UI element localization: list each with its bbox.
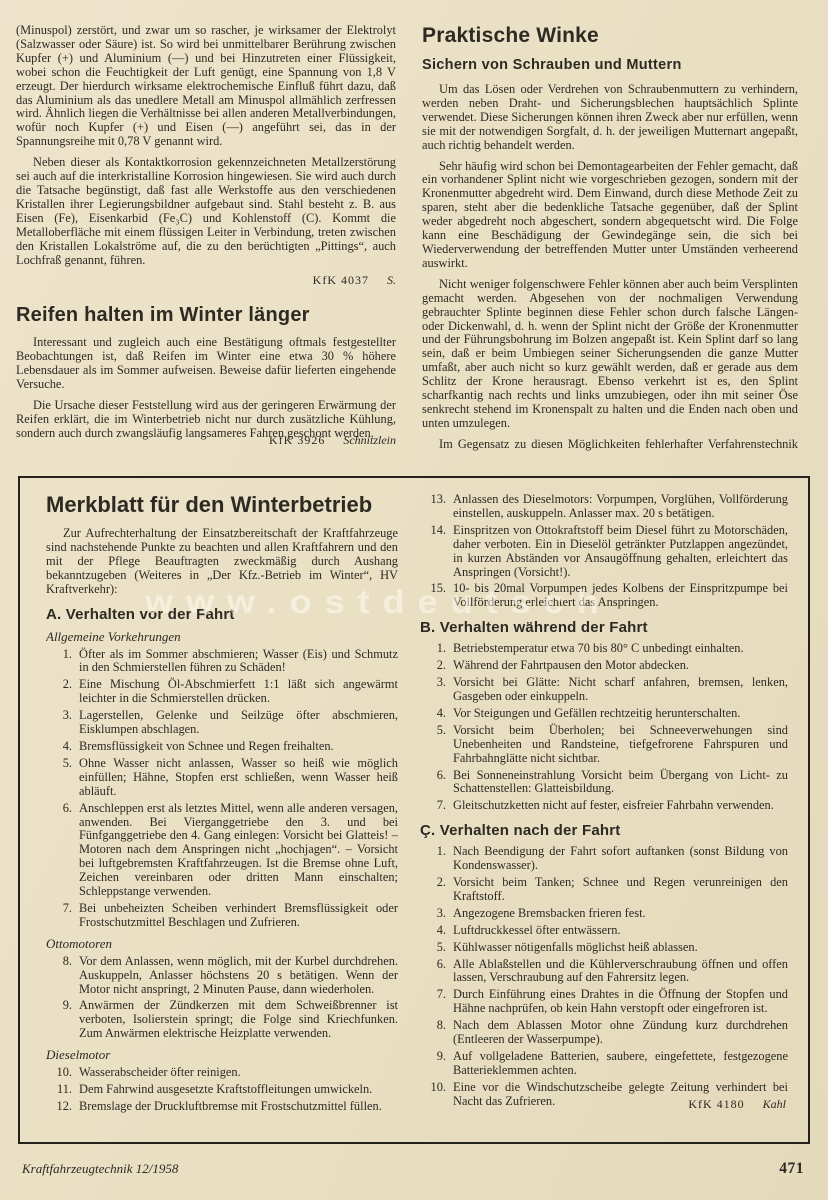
subheading-dieselmotor: Dieselmotor	[46, 1047, 398, 1062]
item-text: Kühlwasser nötigenfalls möglichst heiß a…	[453, 941, 788, 955]
list-item: 4. Vor Steigungen und Gefällen rechtzeit…	[420, 707, 788, 721]
item-text: Bremsflüssigkeit von Schnee und Regen fr…	[79, 740, 398, 754]
list-item: 2. Eine Mischung Öl-Abschmierfett 1:1 lä…	[46, 678, 398, 706]
item-number: 6.	[46, 802, 72, 899]
list-item: 15. 10- bis 20mal Vorpumpen jedes Kolben…	[420, 582, 788, 610]
item-number: 1.	[420, 642, 446, 656]
list-a-diesel-right: 13. Anlassen des Dieselmotors: Vorpumpen…	[420, 493, 788, 610]
merkblatt-right-column: 13. Anlassen des Dieselmotors: Vorpumpen…	[420, 490, 788, 1117]
list-item: 6. Bei Sonneneinstrahlung Vorsicht beim …	[420, 769, 788, 797]
item-text: Dem Fahrwind ausgesetzte Kraftstoffleitu…	[79, 1083, 398, 1097]
list-item: 8. Vor dem Anlassen, wenn möglich, mit d…	[46, 955, 398, 997]
item-number: 8.	[46, 955, 72, 997]
list-item: 14. Einspritzen von Ottokraftstoff beim …	[420, 524, 788, 580]
article-subheading-sichern: Sichern von Schrauben und Muttern	[422, 57, 798, 73]
credit-code: KfK 4180	[688, 1097, 744, 1111]
list-item: 13. Anlassen des Dieselmotors: Vorpumpen…	[420, 493, 788, 521]
article-heading-praktische-winke: Praktische Winke	[422, 24, 798, 48]
list-c: 1. Nach Beendigung der Fahrt sofort auft…	[420, 845, 788, 1108]
list-a-diesel-left: 10. Wasserabscheider öfter reinigen. 11.…	[46, 1066, 398, 1114]
page-number: 471	[779, 1160, 804, 1178]
item-text: Bei Sonneneinstrahlung Vorsicht beim Übe…	[453, 769, 788, 797]
item-text: Anwärmen der Zündkerzen mit dem Schweißb…	[79, 999, 398, 1041]
item-text: Vor Steigungen und Gefällen rechtzeitig …	[453, 707, 788, 721]
item-text: Durch Einführung eines Drahtes in die Öf…	[453, 988, 788, 1016]
item-text: Lagerstellen, Gelenke und Seilzüge öfter…	[79, 709, 398, 737]
item-text: Bremslage der Druckluftbremse mit Frosts…	[79, 1100, 398, 1114]
item-text: Anlassen des Dieselmotors: Vorpumpen, Vo…	[453, 493, 788, 521]
item-number: 3.	[420, 676, 446, 704]
list-item: 1. Öfter als im Sommer abschmieren; Wass…	[46, 648, 398, 676]
item-text: Vorsicht beim Tanken; Schnee und Regen v…	[453, 876, 788, 904]
list-item: 11. Dem Fahrwind ausgesetzte Kraftstoffl…	[46, 1083, 398, 1097]
credit-author: Schnitzlein	[343, 433, 396, 447]
item-text: Nach dem Ablassen Motor ohne Zündung kur…	[453, 1019, 788, 1047]
item-number: 5.	[420, 724, 446, 766]
item-number: 6.	[420, 769, 446, 797]
item-text: Gleitschutzketten nicht auf fester, eisf…	[453, 799, 788, 813]
item-text: Vor dem Anlassen, wenn möglich, mit der …	[79, 955, 398, 997]
item-number: 7.	[420, 799, 446, 813]
paragraph-splinte-2: Sehr häufig wird schon bei Demontagearbe…	[422, 160, 798, 271]
list-item: 6. Alle Ablaßstellen und die Kühlerversc…	[420, 958, 788, 986]
credit-author: S.	[387, 273, 396, 287]
item-number: 10.	[46, 1066, 72, 1080]
item-number: 14.	[420, 524, 446, 580]
list-item: 8. Nach dem Ablassen Motor ohne Zündung …	[420, 1019, 788, 1047]
paragraph-reifen-1: Interessant und zugleich auch eine Bestä…	[16, 336, 396, 392]
item-number: 2.	[420, 659, 446, 673]
item-number: 3.	[46, 709, 72, 737]
item-text: Vorsicht beim Überholen; bei Schneeverwe…	[453, 724, 788, 766]
item-number: 2.	[46, 678, 72, 706]
section-a-heading: A. Verhalten vor der Fahrt	[46, 606, 398, 623]
item-text: Bei unbeheizten Scheiben verhindert Brem…	[79, 902, 398, 930]
paragraph-corrosion-1: (Minuspol) zerstört, und zwar um so rasc…	[16, 24, 396, 149]
item-number: 2.	[420, 876, 446, 904]
right-column: Praktische Winke Sichern von Schrauben u…	[422, 24, 798, 452]
item-number: 9.	[420, 1050, 446, 1078]
credit-line-kfk4037: KfK 4037S.	[16, 274, 396, 288]
subheading-allgemeine-vorkehrungen: Allgemeine Vorkehrungen	[46, 629, 398, 644]
list-item: 4. Bremsflüssigkeit von Schnee und Regen…	[46, 740, 398, 754]
list-item: 6. Anschleppen erst als letztes Mittel, …	[46, 802, 398, 899]
item-number: 1.	[46, 648, 72, 676]
list-item: 2. Während der Fahrtpausen den Motor abd…	[420, 659, 788, 673]
item-text: Betriebstemperatur etwa 70 bis 80° C unb…	[453, 642, 788, 656]
item-number: 4.	[46, 740, 72, 754]
list-item: 3. Vorsicht bei Glätte: Nicht scharf anf…	[420, 676, 788, 704]
item-number: 7.	[46, 902, 72, 930]
item-text: Während der Fahrtpausen den Motor abdeck…	[453, 659, 788, 673]
left-column: (Minuspol) zerstört, und zwar um so rasc…	[16, 24, 396, 452]
item-number: 10.	[420, 1081, 446, 1109]
item-number: 6.	[420, 958, 446, 986]
list-item: 7. Gleitschutzketten nicht auf fester, e…	[420, 799, 788, 813]
item-text: Eine Mischung Öl-Abschmierfett 1:1 läßt …	[79, 678, 398, 706]
item-text: Alle Ablaßstellen und die Kühlerverschra…	[453, 958, 788, 986]
article-heading-reifen: Reifen halten im Winter länger	[16, 303, 396, 327]
section-c-heading: Ç. Verhalten nach der Fahrt	[420, 822, 788, 839]
list-item: 5. Vorsicht beim Überholen; bei Schneeve…	[420, 724, 788, 766]
item-number: 3.	[420, 907, 446, 921]
item-text: Vorsicht bei Glätte: Nicht scharf anfahr…	[453, 676, 788, 704]
item-number: 4.	[420, 707, 446, 721]
item-text: Ohne Wasser nicht anlassen, Wasser so he…	[79, 757, 398, 799]
merkblatt-title: Merkblatt für den Winterbetrieb	[46, 492, 398, 517]
list-item: 4. Luftdruckkessel öfter entwässern.	[420, 924, 788, 938]
list-item: 3. Angezogene Bremsbacken frieren fest.	[420, 907, 788, 921]
item-text: 10- bis 20mal Vorpumpen jedes Kolbens de…	[453, 582, 788, 610]
item-number: 11.	[46, 1083, 72, 1097]
list-item: 7. Durch Einführung eines Drahtes in die…	[420, 988, 788, 1016]
list-item: 7. Bei unbeheizten Scheiben verhindert B…	[46, 902, 398, 930]
item-number: 1.	[420, 845, 446, 873]
credit-author: Kahl	[763, 1097, 786, 1111]
item-number: 13.	[420, 493, 446, 521]
item-number: 12.	[46, 1100, 72, 1114]
subheading-ottomotoren: Ottomotoren	[46, 936, 398, 951]
merkblatt-intro: Zur Aufrechterhaltung der Einsatzbereits…	[46, 527, 398, 597]
item-number: 4.	[420, 924, 446, 938]
list-item: 5. Kühlwasser nötigenfalls möglichst hei…	[420, 941, 788, 955]
credit-code: KfK 4037	[313, 273, 369, 287]
list-a-general: 1. Öfter als im Sommer abschmieren; Wass…	[46, 648, 398, 930]
page-footer: Kraftfahrzeugtechnik 12/1958 471	[0, 1144, 828, 1178]
list-item: 12. Bremslage der Druckluftbremse mit Fr…	[46, 1100, 398, 1114]
list-item: 2. Vorsicht beim Tanken; Schnee und Rege…	[420, 876, 788, 904]
list-item: 5. Ohne Wasser nicht anlassen, Wasser so…	[46, 757, 398, 799]
list-item: 9. Auf vollgeladene Batterien, saubere, …	[420, 1050, 788, 1078]
journal-title: Kraftfahrzeugtechnik 12/1958	[22, 1161, 178, 1177]
merkblatt-left-column: Merkblatt für den Winterbetrieb Zur Aufr…	[46, 490, 398, 1117]
merkblatt-box: Merkblatt für den Winterbetrieb Zur Aufr…	[18, 476, 810, 1144]
item-number: 9.	[46, 999, 72, 1041]
item-text: Öfter als im Sommer abschmieren; Wasser …	[79, 648, 398, 676]
merkblatt-columns: Merkblatt für den Winterbetrieb Zur Aufr…	[46, 490, 788, 1117]
list-item: 10. Wasserabscheider öfter reinigen.	[46, 1066, 398, 1080]
paragraph-splinte-4: Im Gegensatz zu diesen Möglichkeiten feh…	[422, 438, 798, 452]
item-text: Einspritzen von Ottokraftstoff beim Dies…	[453, 524, 788, 580]
item-text: Angezogene Bremsbacken frieren fest.	[453, 907, 788, 921]
list-b: 1. Betriebstemperatur etwa 70 bis 80° C …	[420, 642, 788, 813]
item-number: 5.	[46, 757, 72, 799]
magazine-page: (Minuspol) zerstört, und zwar um so rasc…	[0, 0, 828, 1200]
item-text: Anschleppen erst als letztes Mittel, wen…	[79, 802, 398, 899]
item-text: Auf vollgeladene Batterien, saubere, ein…	[453, 1050, 788, 1078]
list-a-otto: 8. Vor dem Anlassen, wenn möglich, mit d…	[46, 955, 398, 1041]
list-item: 3. Lagerstellen, Gelenke und Seilzüge öf…	[46, 709, 398, 737]
paragraph-splinte-3: Nicht weniger folgenschwere Fehler könne…	[422, 278, 798, 431]
item-number: 7.	[420, 988, 446, 1016]
credit-code: KfK 3926	[269, 433, 325, 447]
item-number: 15.	[420, 582, 446, 610]
top-section: (Minuspol) zerstört, und zwar um so rasc…	[0, 0, 828, 452]
list-item: 1. Betriebstemperatur etwa 70 bis 80° C …	[420, 642, 788, 656]
item-number: 5.	[420, 941, 446, 955]
section-b-heading: B. Verhalten während der Fahrt	[420, 619, 788, 636]
item-number: 8.	[420, 1019, 446, 1047]
item-text: Wasserabscheider öfter reinigen.	[79, 1066, 398, 1080]
item-text: Nach Beendigung der Fahrt sofort auftank…	[453, 845, 788, 873]
list-item: 9. Anwärmen der Zündkerzen mit dem Schwe…	[46, 999, 398, 1041]
list-item: 1. Nach Beendigung der Fahrt sofort auft…	[420, 845, 788, 873]
paragraph-splinte-1: Um das Lösen oder Verdrehen von Schraube…	[422, 83, 798, 153]
paragraph-corrosion-2: Neben dieser als Kontaktkorrosion gekenn…	[16, 156, 396, 267]
item-text: Luftdruckkessel öfter entwässern.	[453, 924, 788, 938]
